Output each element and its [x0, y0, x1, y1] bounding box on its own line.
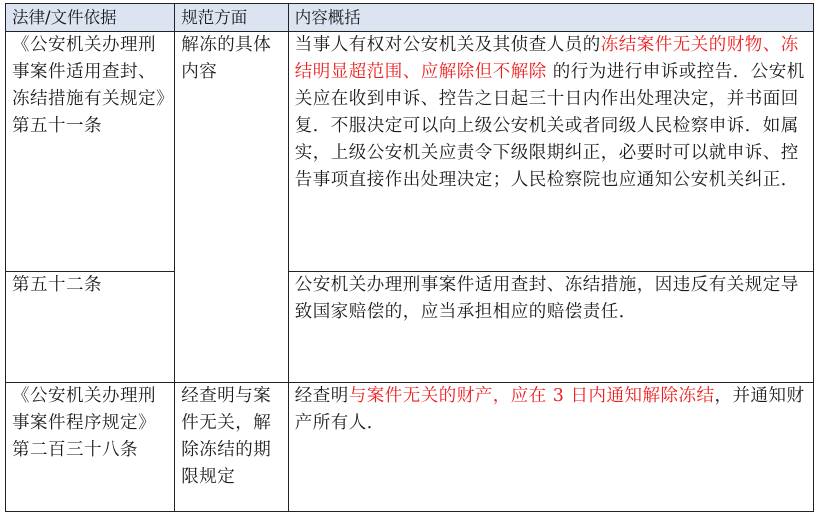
cell-regulatory-aspect: 经查明与案件无关，解除冻结的期限规定 — [175, 383, 289, 512]
cell-regulatory-aspect: 解冻的具体内容 — [175, 32, 289, 383]
legal-basis-table-container: 法律/文件依据 规范方面 内容概括 《公安机关办理刑事案件适用查封、冻结措施有关… — [5, 3, 814, 512]
table-header-row: 法律/文件依据 规范方面 内容概括 — [6, 4, 814, 32]
header-legal-basis: 法律/文件依据 — [6, 4, 175, 32]
header-content-summary: 内容概括 — [288, 4, 813, 32]
highlighted-text: 与案件无关的财产，应在 3 日内通知解除冻结 — [349, 386, 715, 406]
table-row: 第五十二条 公安机关办理刑事案件适用查封、冻结措施，因违反有关规定导致国家赔偿的… — [6, 272, 814, 383]
cell-legal-basis: 《公安机关办理刑事案件程序规定》第二百三十八条 — [6, 383, 175, 512]
table-row: 《公安机关办理刑事案件程序规定》第二百三十八条 经查明与案件无关，解除冻结的期限… — [6, 383, 814, 512]
header-regulatory-aspect: 规范方面 — [175, 4, 289, 32]
cell-content-summary: 公安机关办理刑事案件适用查封、冻结措施，因违反有关规定导致国家赔偿的，应当承担相… — [288, 272, 813, 383]
cell-content-summary: 当事人有权对公安机关及其侦查人员的冻结案件无关的财物、冻结明显超范围、应解除但不… — [288, 32, 813, 272]
cell-legal-basis: 《公安机关办理刑事案件适用查封、冻结措施有关规定》第五十一条 — [6, 32, 175, 272]
content-text: 公安机关办理刑事案件适用查封、冻结措施，因违反有关规定导致国家赔偿的，应当承担相… — [295, 275, 799, 322]
content-text: 当事人有权对公安机关及其侦查人员的 — [295, 35, 601, 55]
content-text: 经查明 — [295, 386, 349, 406]
cell-legal-basis: 第五十二条 — [6, 272, 175, 383]
table-row: 《公安机关办理刑事案件适用查封、冻结措施有关规定》第五十一条 解冻的具体内容 当… — [6, 32, 814, 272]
legal-basis-table: 法律/文件依据 规范方面 内容概括 《公安机关办理刑事案件适用查封、冻结措施有关… — [5, 3, 814, 512]
cell-content-summary: 经查明与案件无关的财产，应在 3 日内通知解除冻结，并通知财产所有人． — [288, 383, 813, 512]
